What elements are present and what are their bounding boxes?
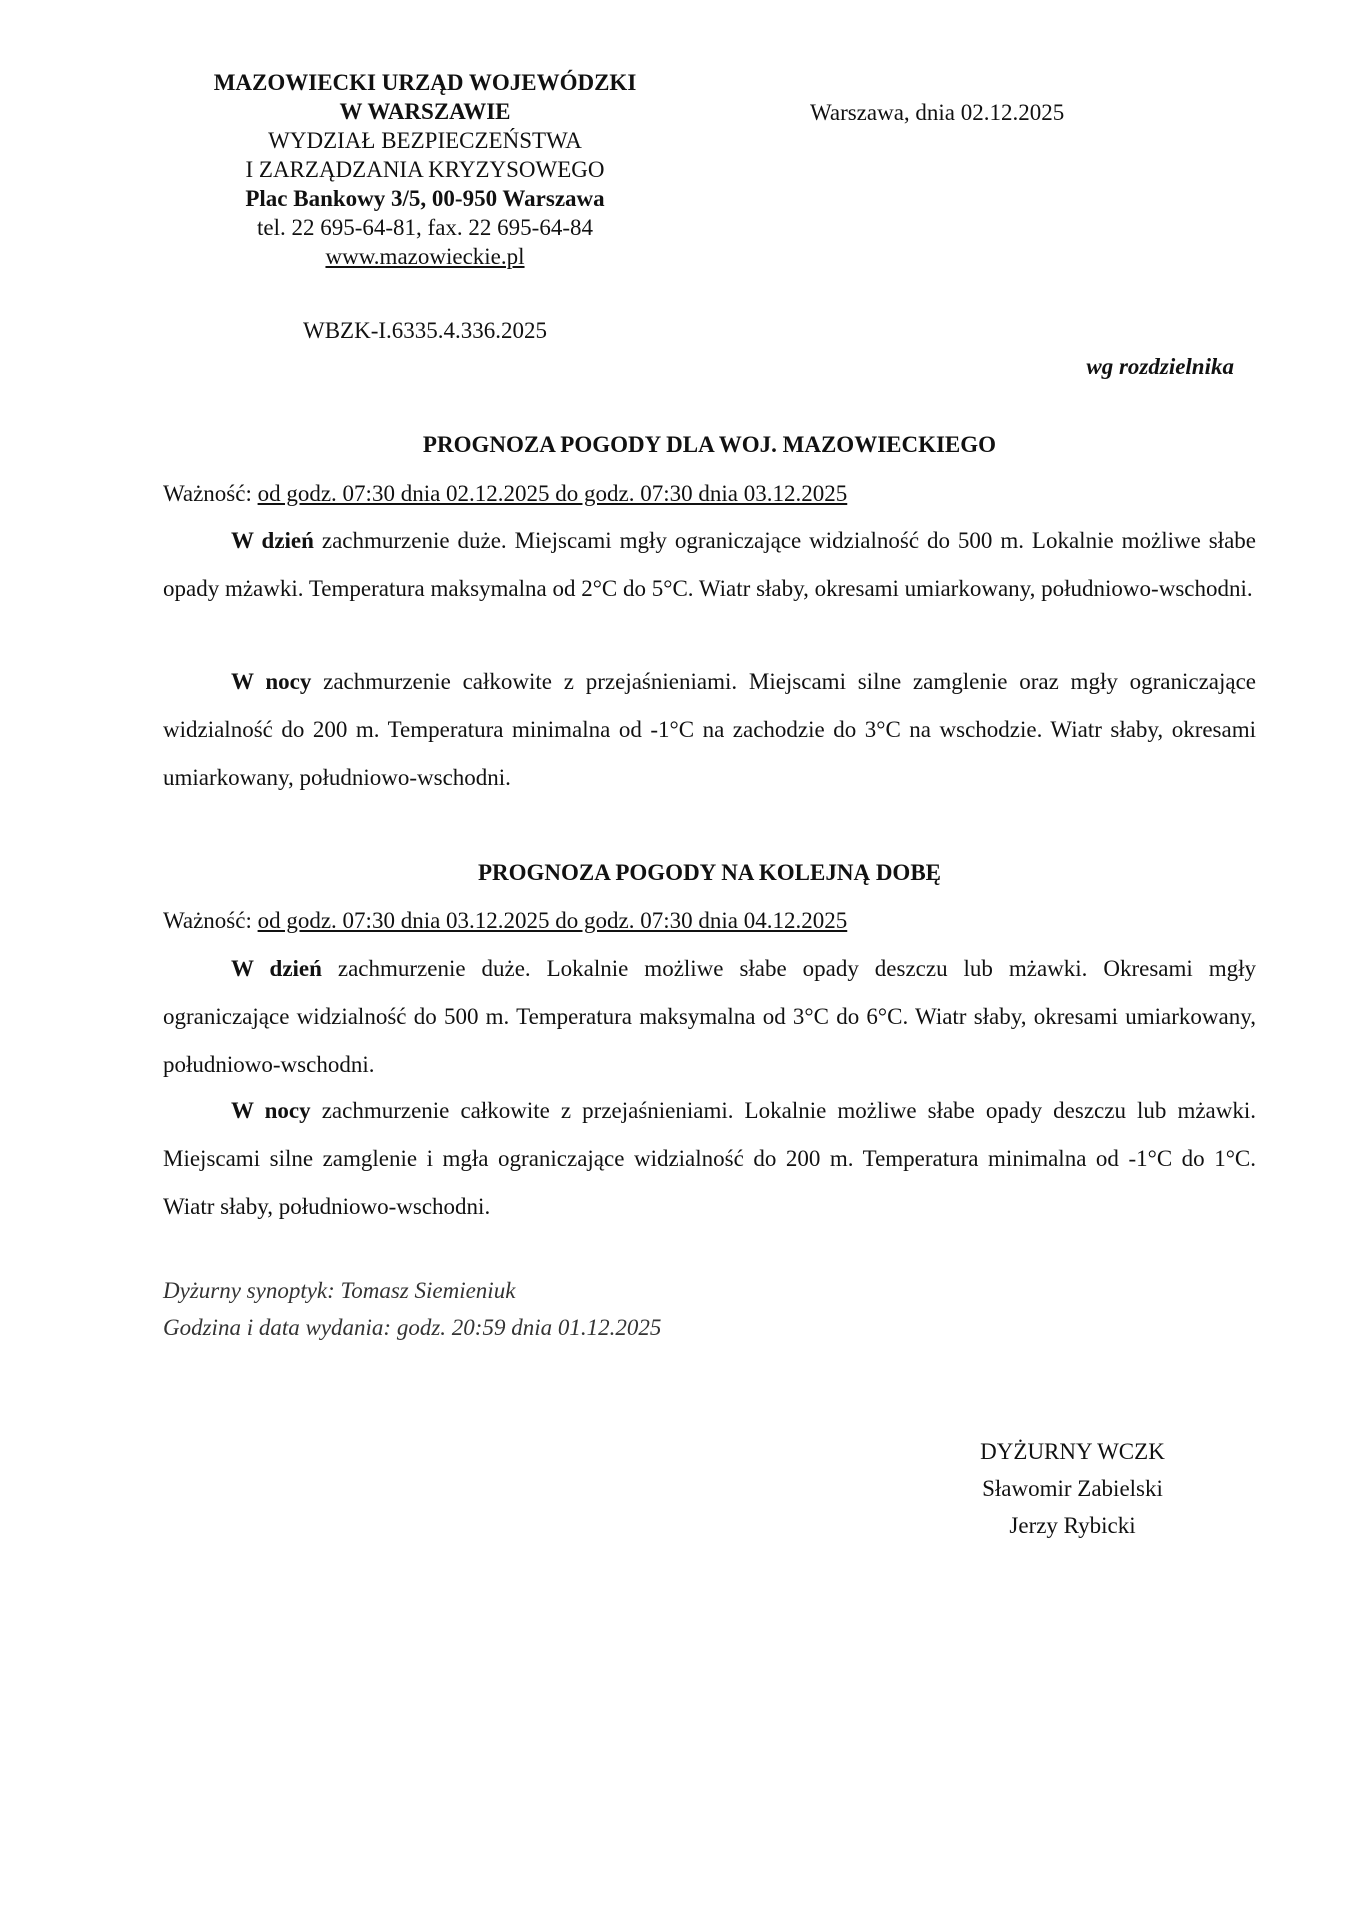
signature-title: DYŻURNY WCZK — [940, 1433, 1205, 1470]
night-label: W nocy — [231, 1098, 311, 1123]
night-label: W nocy — [231, 669, 311, 694]
forecast1-day: W dzień zachmurzenie duże. Miejscami mgł… — [163, 517, 1256, 613]
website-link[interactable]: www.mazowieckie.pl — [325, 244, 524, 269]
validity-label: Ważność: — [163, 908, 252, 933]
forecast2-validity: Ważność: od godz. 07:30 dnia 03.12.2025 … — [163, 908, 847, 934]
issuer-name-line1: MAZOWIECKI URZĄD WOJEWÓDZKI — [160, 68, 690, 97]
department-line1: WYDZIAŁ BEZPIECZEŃSTWA — [160, 126, 690, 155]
issuer-name-line2: W WARSZAWIE — [160, 97, 690, 126]
validity-period: od godz. 07:30 dnia 02.12.2025 do godz. … — [258, 481, 848, 506]
issuer-phone: tel. 22 695-64-81, fax. 22 695-64-84 — [160, 213, 690, 242]
reference-number: WBZK-I.6335.4.336.2025 — [160, 318, 690, 344]
validity-period: od godz. 07:30 dnia 03.12.2025 do godz. … — [258, 908, 848, 933]
issue-datetime: Godzina i data wydania: godz. 20:59 dnia… — [163, 1309, 661, 1346]
day-label: W dzień — [231, 956, 322, 981]
forecast1-validity: Ważność: od godz. 07:30 dnia 02.12.2025 … — [163, 481, 847, 507]
recipient: wg rozdzielnika — [1086, 354, 1234, 380]
night-text: zachmurzenie całkowite z przejaśnieniami… — [163, 669, 1256, 790]
signature-name-1: Sławomir Zabielski — [940, 1470, 1205, 1507]
signature-block: DYŻURNY WCZK Sławomir Zabielski Jerzy Ry… — [940, 1433, 1205, 1544]
department-line2: I ZARZĄDZANIA KRYZYSOWEGO — [160, 155, 690, 184]
day-label: W dzień — [231, 528, 314, 553]
issuer-address: Plac Bankowy 3/5, 00-950 Warszawa — [160, 184, 690, 213]
forecast2-title: PROGNOZA POGODY NA KOLEJNĄ DOBĘ — [163, 860, 1256, 886]
issue-info: Dyżurny synoptyk: Tomasz Siemieniuk Godz… — [163, 1272, 661, 1346]
signature-name-2: Jerzy Rybicki — [940, 1507, 1205, 1544]
day-text: zachmurzenie duże. Miejscami mgły ograni… — [163, 528, 1256, 601]
night-text: zachmurzenie całkowite z przejaśnieniami… — [163, 1098, 1256, 1219]
forecast2-night: W nocy zachmurzenie całkowite z przejaśn… — [163, 1087, 1256, 1231]
forecast2-day: W dzień zachmurzenie duże. Lokalnie możl… — [163, 945, 1256, 1089]
synoptic-on-duty: Dyżurny synoptyk: Tomasz Siemieniuk — [163, 1272, 661, 1309]
forecast1-title: PROGNOZA POGODY DLA WOJ. MAZOWIECKIEGO — [163, 432, 1256, 458]
place-date: Warszawa, dnia 02.12.2025 — [810, 100, 1064, 126]
day-text: zachmurzenie duże. Lokalnie możliwe słab… — [163, 956, 1256, 1077]
issuer-header: MAZOWIECKI URZĄD WOJEWÓDZKI W WARSZAWIE … — [160, 68, 690, 271]
validity-label: Ważność: — [163, 481, 252, 506]
forecast1-night: W nocy zachmurzenie całkowite z przejaśn… — [163, 658, 1256, 802]
